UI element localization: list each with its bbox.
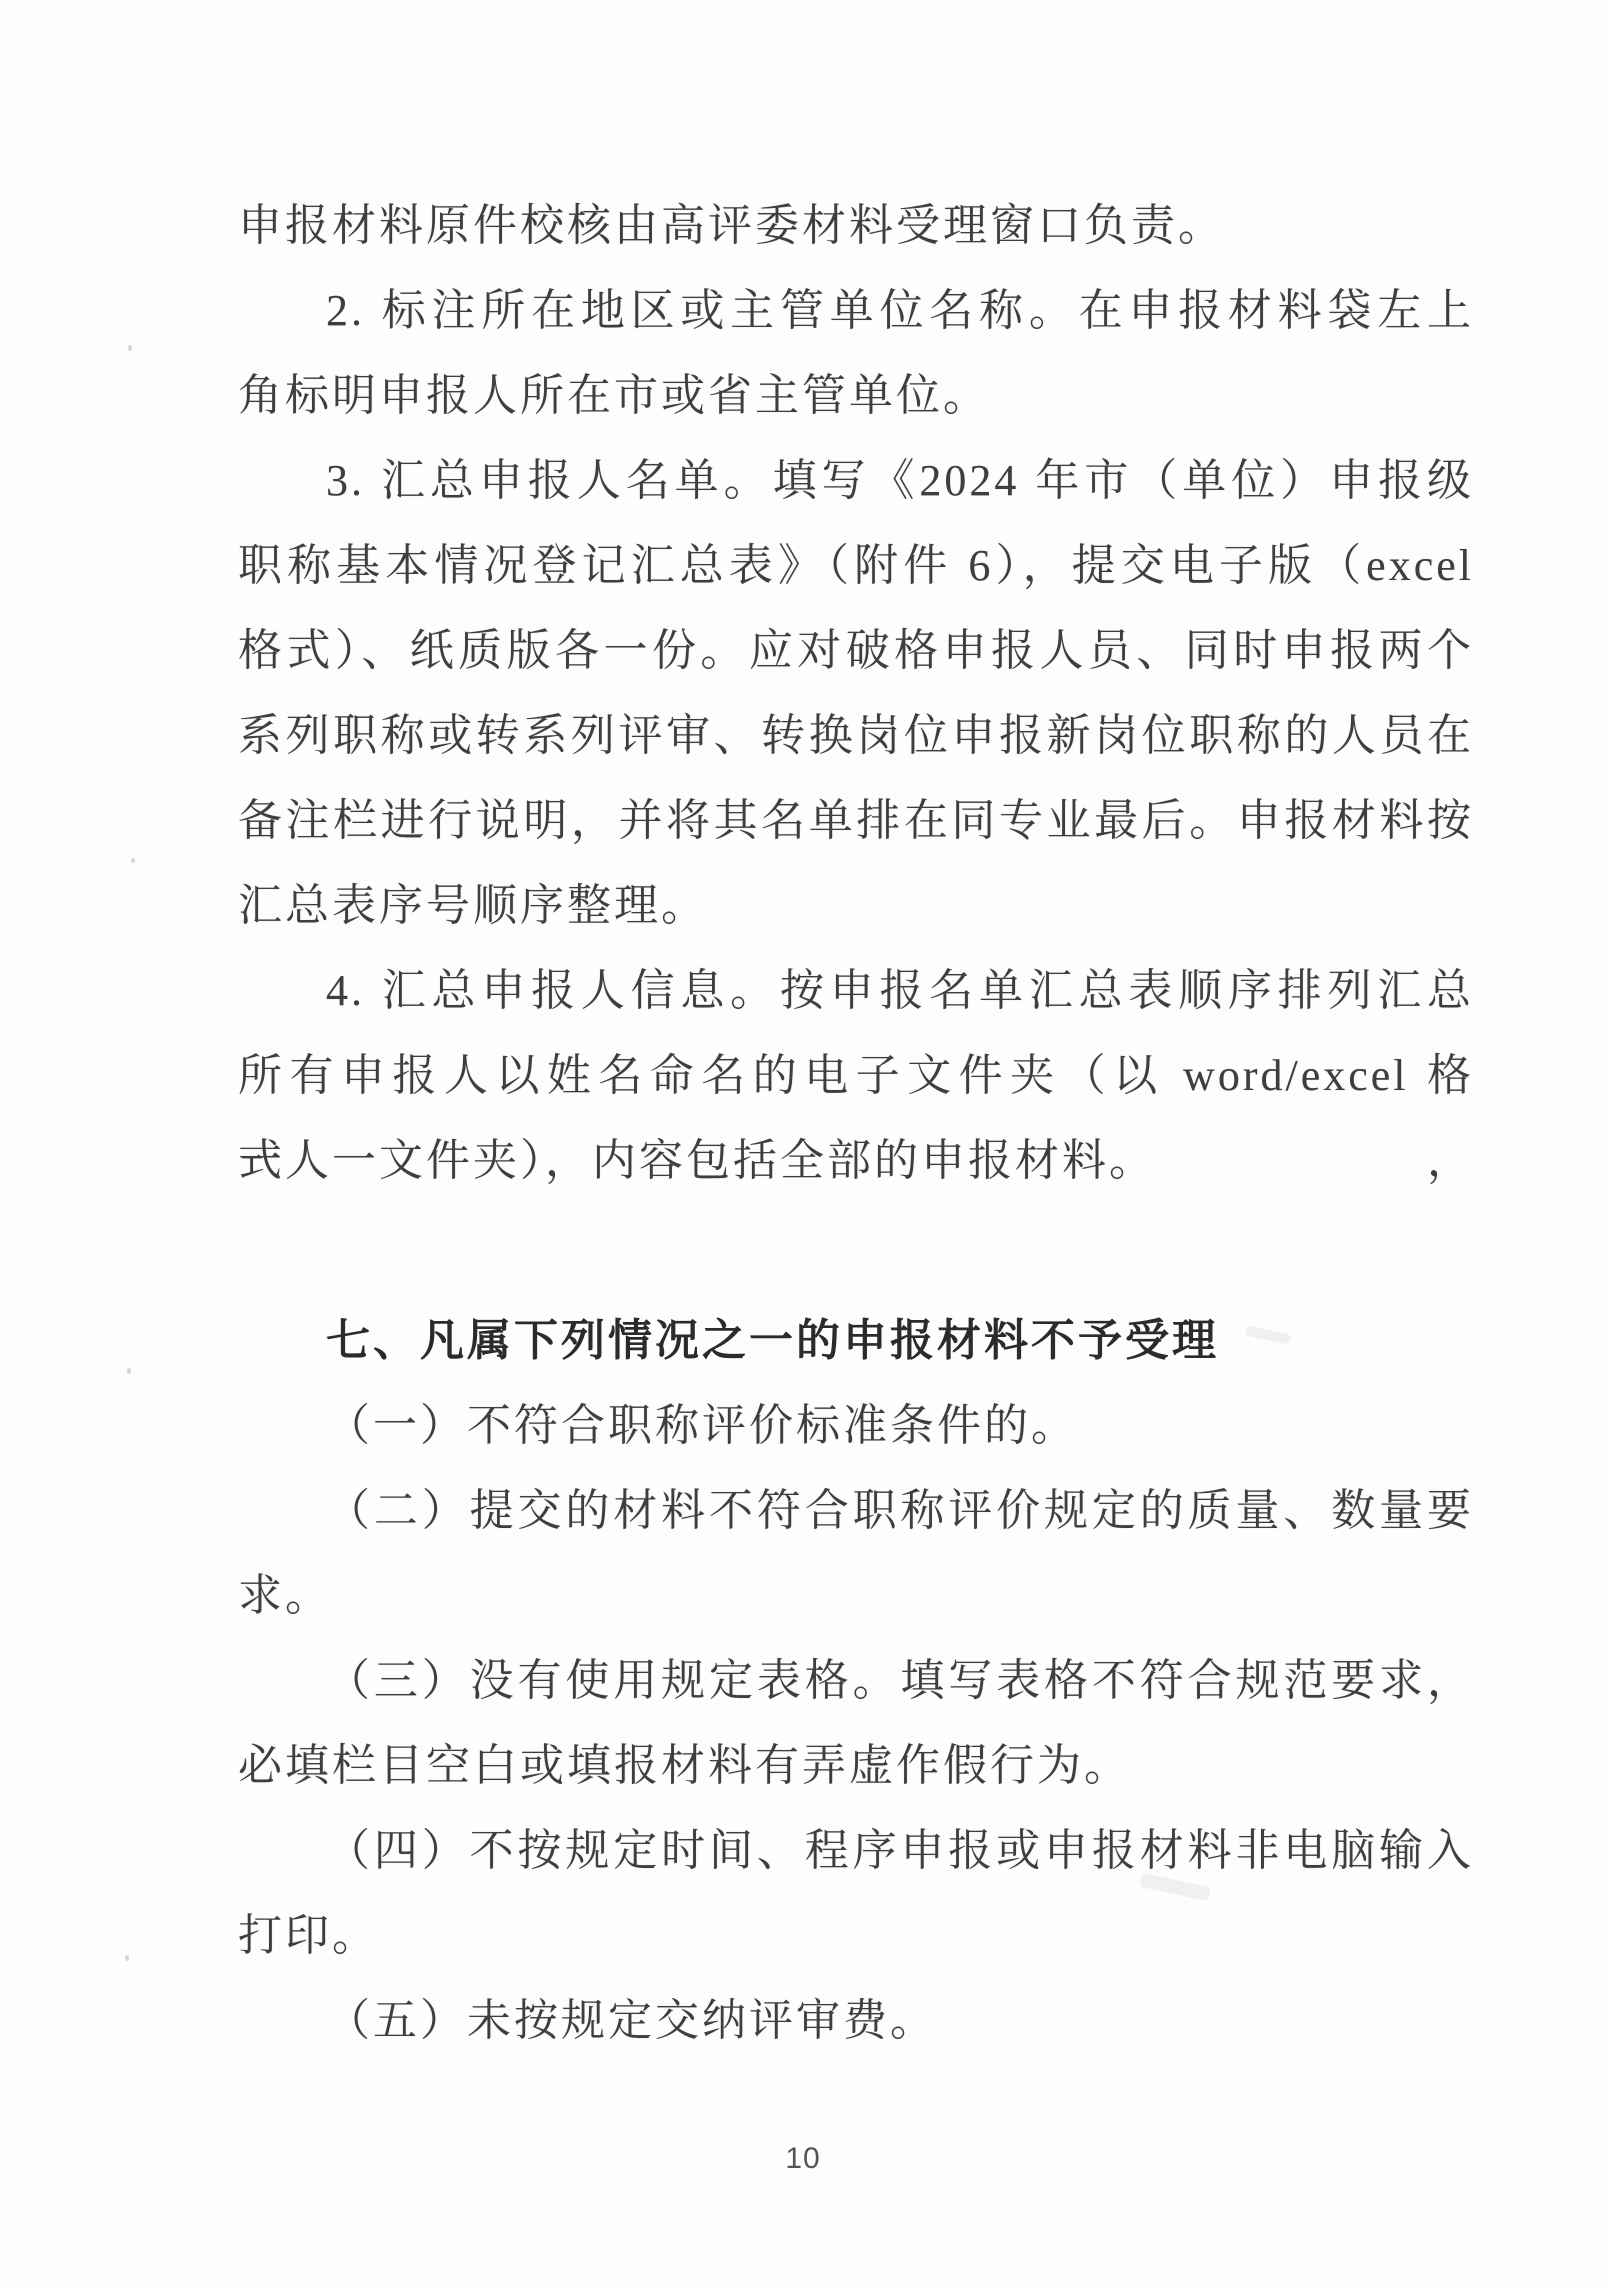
text-line: 格式）、纸质版各一份。应对破格申报人员、同时申报两个 [238, 608, 1474, 693]
text-line: （三）没有使用规定表格。填写表格不符合规范要求， [238, 1638, 1474, 1723]
scan-artifact [125, 1955, 129, 1961]
scan-artifact [128, 345, 132, 351]
text-line: 4. 汇总申报人信息。按申报名单汇总表顺序排列汇总 [238, 948, 1474, 1033]
text-line: 备注栏进行说明，并将其名单排在同专业最后。申报材料按 [238, 778, 1474, 863]
text-line: （四）不按规定时间、程序申报或申报材料非电脑输入 [238, 1808, 1474, 1893]
text-line: 汇总表序号顺序整理。 [238, 863, 1474, 948]
text-column: 申报材料原件校核由高评委材料受理窗口负责。 2. 标注所在地区或主管单位名称。在… [238, 183, 1474, 2063]
document-page: 申报材料原件校核由高评委材料受理窗口负责。 2. 标注所在地区或主管单位名称。在… [0, 0, 1606, 2290]
text-line: 系列职称或转系列评审、转换岗位申报新岗位职称的人员在 [238, 693, 1474, 778]
scan-artifact [127, 1368, 131, 1374]
scan-artifact [131, 858, 135, 863]
text-line: （五）未按规定交纳评审费。 [238, 1978, 1474, 2063]
page-number: 10 [0, 2142, 1606, 2176]
text-line: （一）不符合职称评价标准条件的。 [238, 1383, 1474, 1468]
text-line: 2. 标注所在地区或主管单位名称。在申报材料袋左上 [238, 268, 1474, 353]
text-line: 申报材料原件校核由高评委材料受理窗口负责。 [238, 183, 1474, 268]
text-line: （二）提交的材料不符合职称评价规定的质量、数量要 [238, 1468, 1474, 1553]
text-line: 求。 [238, 1553, 1474, 1638]
text-line: 所有申报人以姓名命名的电子文件夹（以 word/excel 格式， [238, 1033, 1474, 1118]
text-line: 3. 汇总申报人名单。填写《2024 年市（单位）申报级 [238, 438, 1474, 523]
text-line: 角标明申报人所在市或省主管单位。 [238, 353, 1474, 438]
text-line: 职称基本情况登记汇总表》（附件 6），提交电子版（excel [238, 523, 1474, 608]
text-line: 必填栏目空白或填报材料有弄虚作假行为。 [238, 1723, 1474, 1808]
text-line: 打印。 [238, 1893, 1474, 1978]
